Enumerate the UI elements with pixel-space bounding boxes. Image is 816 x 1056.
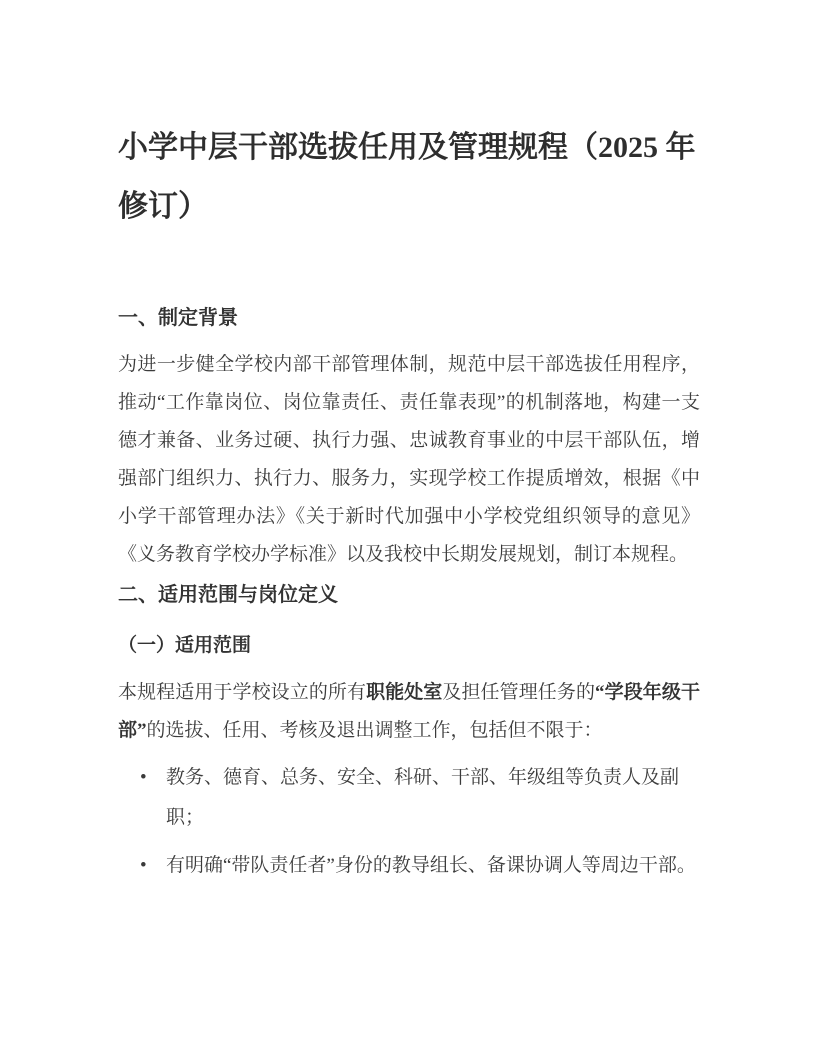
scope-paragraph-segment: 本规程适用于学校设立的所有 <box>118 682 366 703</box>
section-heading-background: 一、制定背景 <box>118 303 698 333</box>
document-title: 小学中层干部选拔任用及管理规程（2025 年修订） <box>118 118 700 236</box>
scope-paragraph-segment: 及担任管理任务的 <box>442 682 595 703</box>
subsection-heading-scope: （一）适用范围 <box>118 631 698 661</box>
list-item: 教务、德育、总务、安全、科研、干部、年级组等负责人及副职； <box>118 758 700 838</box>
document-page: 小学中层干部选拔任用及管理规程（2025 年修订） 一、制定背景 为进一步健全学… <box>0 0 816 1056</box>
scope-paragraph-segment-bold: 职能处室 <box>366 682 442 703</box>
list-item-text: 有明确“带队责任者”身份的教导组长、备课协调人等周边干部。 <box>166 855 696 876</box>
scope-bullet-list: 教务、德育、总务、安全、科研、干部、年级组等负责人及副职； 有明确“带队责任者”… <box>118 758 700 886</box>
list-item-text: 教务、德育、总务、安全、科研、干部、年级组等负责人及副职； <box>166 767 679 828</box>
background-paragraph: 为进一步健全学校内部干部管理体制，规范中层干部选拔任用程序，推动“工作靠岗位、岗… <box>118 346 700 574</box>
section-heading-scope-definitions: 二、适用范围与岗位定义 <box>118 580 698 610</box>
scope-paragraph: 本规程适用于学校设立的所有职能处室及担任管理任务的“学段年级干部”的选拔、任用、… <box>118 674 700 750</box>
list-item: 有明确“带队责任者”身份的教导组长、备课协调人等周边干部。 <box>118 846 700 886</box>
scope-paragraph-segment: 的选拔、任用、考核及退出调整工作，包括但不限于： <box>147 720 603 741</box>
